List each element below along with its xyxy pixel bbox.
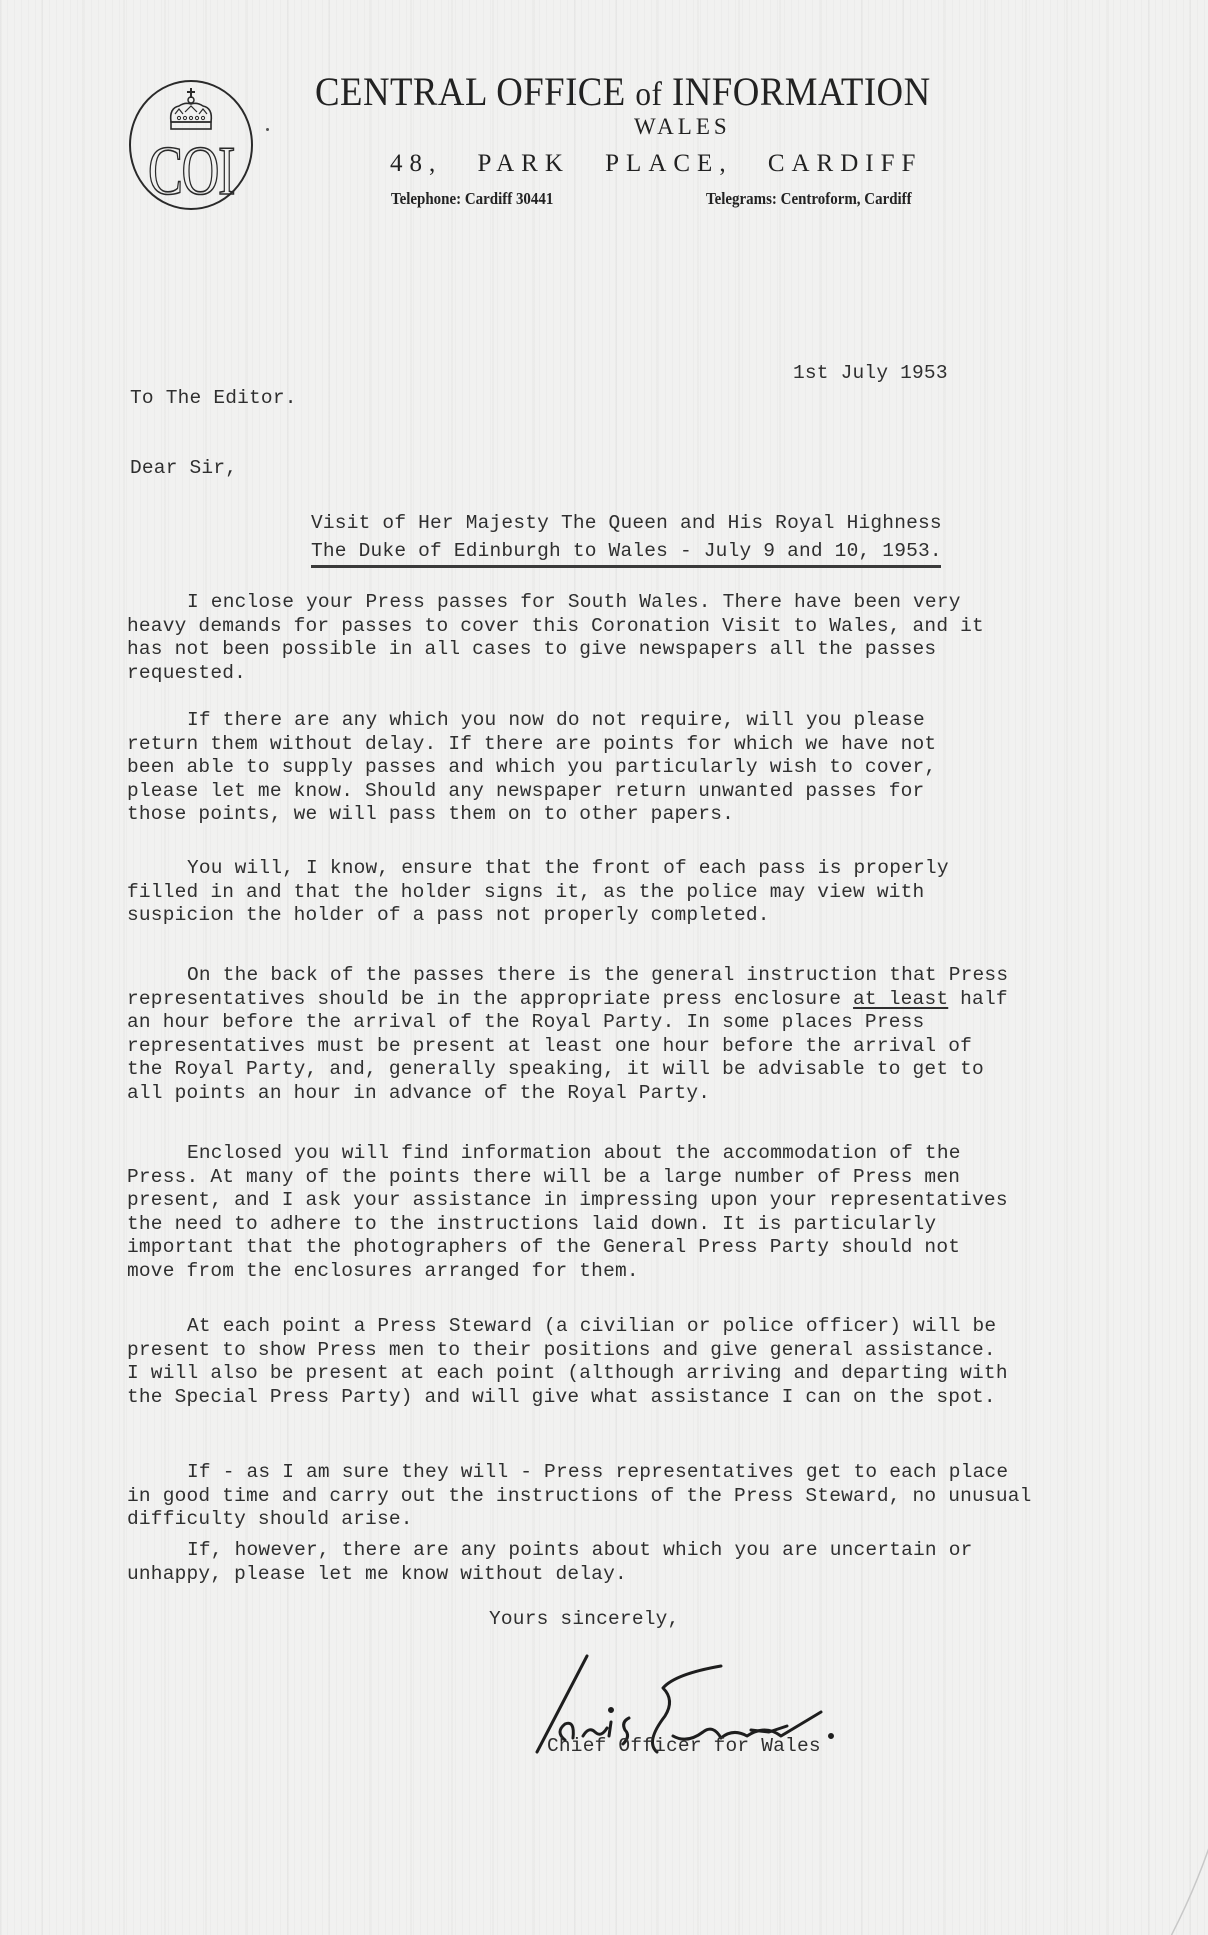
paragraph-line: present, and I ask your assistance in im… — [127, 1189, 1087, 1213]
paragraph-line: filled in and that the holder signs it, … — [127, 881, 1087, 905]
paragraph-line: If, however, there are any points about … — [127, 1539, 1087, 1563]
paragraph-line: At each point a Press Steward (a civilia… — [127, 1315, 1087, 1339]
paragraph-line: in good time and carry out the instructi… — [127, 1485, 1087, 1509]
coi-logo-text: COI — [148, 133, 234, 210]
paragraph-line: requested. — [127, 662, 1087, 686]
paragraph-line: Enclosed you will find information about… — [127, 1142, 1087, 1166]
salutation: Dear Sir, — [130, 457, 237, 479]
address-line: 48, PARK PLACE, CARDIFF — [390, 150, 922, 178]
page-fold-crease — [1160, 1820, 1208, 1935]
paragraph-line: heavy demands for passes to cover this C… — [127, 615, 1087, 639]
subject-line-1: Visit of Her Majesty The Queen and His R… — [311, 512, 942, 534]
paragraph-line: important that the photographers of the … — [127, 1236, 1087, 1260]
letter-date: 1st July 1953 — [793, 362, 948, 384]
paragraph-press-passes: I enclose your Press passes for South Wa… — [127, 591, 1087, 685]
paragraph-line: suspicion the holder of a pass not prope… — [127, 904, 1087, 928]
paragraph-return-passes: If there are any which you now do not re… — [127, 709, 1087, 827]
paragraph-line: unhappy, please let me know without dela… — [127, 1563, 1087, 1587]
paragraph-line: has not been possible in all cases to gi… — [127, 638, 1087, 662]
telephone-line: Telephone: Cardiff 30441 — [391, 189, 553, 209]
paragraph-line: If there are any which you now do not re… — [127, 709, 1087, 733]
signatory-title: Chief Officer for Wales — [547, 1735, 821, 1757]
paragraph-line: difficulty should arise. — [127, 1508, 1087, 1532]
line-text: half — [948, 988, 1008, 1010]
paragraph-line: the need to adhere to the instructions l… — [127, 1213, 1087, 1237]
telegrams-line: Telegrams: Centroform, Cardiff — [706, 189, 912, 209]
organisation-name-part2: INFORMATION — [672, 69, 931, 114]
subject-underline — [311, 565, 941, 568]
paragraph-good-time: If - as I am sure they will - Press repr… — [127, 1461, 1087, 1532]
paragraph-line: present to show Press men to their posit… — [127, 1339, 1087, 1363]
paragraph-line: all points an hour in advance of the Roy… — [127, 1082, 1087, 1106]
paragraph-line: move from the enclosures arranged for th… — [127, 1260, 1087, 1284]
paragraph-line: representatives should be in the appropr… — [127, 988, 1087, 1012]
crown-icon — [171, 88, 212, 129]
organisation-name: CENTRAL OFFICE of INFORMATION — [315, 68, 931, 115]
paragraph-line: If - as I am sure they will - Press repr… — [127, 1461, 1087, 1485]
paragraph-line: representatives must be present at least… — [127, 1035, 1087, 1059]
closing: Yours sincerely, — [489, 1608, 679, 1630]
paragraph-line: the Special Press Party) and will give w… — [127, 1386, 1087, 1410]
paragraph-line: please let me know. Should any newspaper… — [127, 780, 1087, 804]
paragraph-line: been able to supply passes and which you… — [127, 756, 1087, 780]
coi-logo: COI — [127, 78, 255, 212]
decorative-dot — [266, 128, 269, 131]
recipient-line: To The Editor. — [130, 387, 297, 409]
underlined-emphasis: at least — [853, 988, 948, 1010]
paragraph-press-steward: At each point a Press Steward (a civilia… — [127, 1315, 1087, 1409]
paragraph-arrival-instructions: On the back of the passes there is the g… — [127, 964, 1087, 1105]
organisation-name-part1: CENTRAL OFFICE — [315, 69, 626, 114]
subject-line-2: The Duke of Edinburgh to Wales - July 9 … — [311, 540, 942, 562]
line-text: representatives should be in the appropr… — [127, 988, 853, 1010]
paragraph-line: I enclose your Press passes for South Wa… — [127, 591, 1087, 615]
paragraph-uncertain: If, however, there are any points about … — [127, 1539, 1087, 1586]
paragraph-line: Press. At many of the points there will … — [127, 1166, 1087, 1190]
paragraph-line: an hour before the arrival of the Royal … — [127, 1011, 1087, 1035]
paragraph-line: those points, we will pass them on to ot… — [127, 803, 1087, 827]
paragraph-pass-completion: You will, I know, ensure that the front … — [127, 857, 1087, 928]
region-label: WALES — [634, 114, 731, 140]
paragraph-line: the Royal Party, and, generally speaking… — [127, 1058, 1087, 1082]
paragraph-line: You will, I know, ensure that the front … — [127, 857, 1087, 881]
paragraph-line: return them without delay. If there are … — [127, 733, 1087, 757]
paragraph-line: I will also be present at each point (al… — [127, 1362, 1087, 1386]
paragraph-line: On the back of the passes there is the g… — [127, 964, 1087, 988]
organisation-name-of: of — [635, 76, 662, 113]
paragraph-accommodation: Enclosed you will find information about… — [127, 1142, 1087, 1283]
